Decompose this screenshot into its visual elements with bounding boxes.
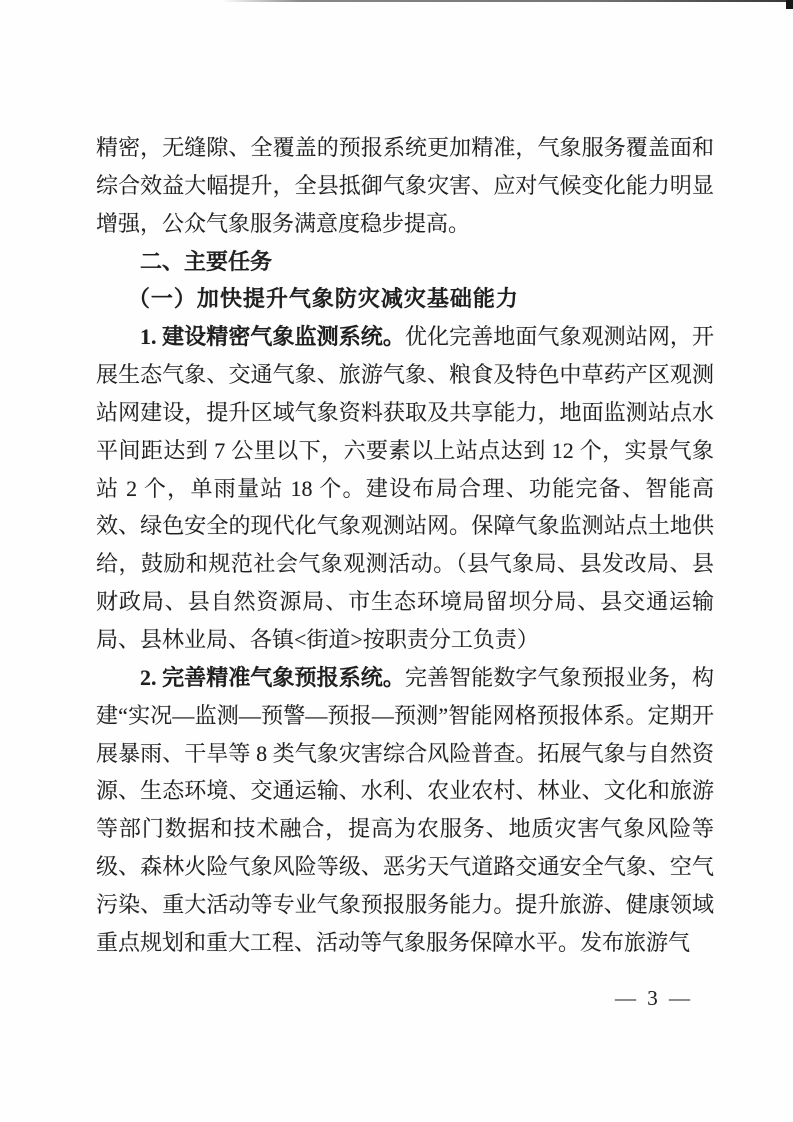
continuation-text: 精密，无缝隙、全覆盖的预报系统更加精准，气象服务覆盖面和综合效益大幅提升，全县抵… — [96, 135, 714, 236]
scan-corner-artifact — [786, 0, 793, 9]
paragraph-task-2: 2. 完善精准气象预报系统。完善智能数字气象预报业务，构建“实况—监测—预警—预… — [96, 659, 714, 962]
document-body: 精密，无缝隙、全覆盖的预报系统更加精准，气象服务覆盖面和综合效益大幅提升，全县抵… — [96, 129, 714, 962]
task-1-body: 优化完善地面气象观测站网，开展生态气象、交通气象、旅游气象、粮食及特色中草药产区… — [96, 324, 714, 576]
task-2-body: 完善智能数字气象预报业务，构建“实况—监测—预警—预报—预测”智能网格预报体系。… — [96, 665, 714, 955]
section-heading-main-tasks: 二、主要任务 — [96, 243, 714, 281]
scanned-document-page: 精密，无缝隙、全覆盖的预报系统更加精准，气象服务覆盖面和综合效益大幅提升，全县抵… — [0, 0, 793, 1122]
page-number: — 3 — — [615, 986, 693, 1011]
task-1-title: 1. 建设精密气象监测系统。 — [140, 324, 405, 349]
paragraph-continuation: 精密，无缝隙、全覆盖的预报系统更加精准，气象服务覆盖面和综合效益大幅提升，全县抵… — [96, 129, 714, 243]
paragraph-task-1: 1. 建设精密气象监测系统。优化完善地面气象观测站网，开展生态气象、交通气象、旅… — [96, 318, 714, 659]
task-2-title: 2. 完善精准气象预报系统。 — [140, 665, 405, 690]
subsection-heading-disaster-prevention: （一）加快提升气象防灾减灾基础能力 — [96, 280, 714, 318]
scan-edge-artifact — [0, 0, 793, 2]
